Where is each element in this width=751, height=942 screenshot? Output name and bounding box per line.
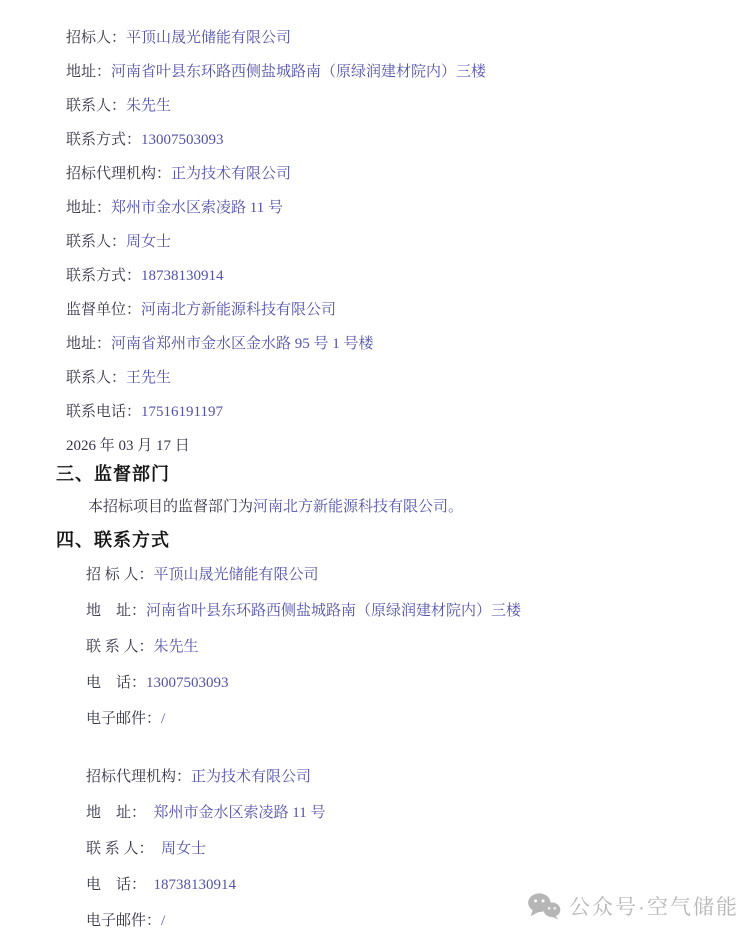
paragraph-prefix: 本招标项目的监督部门为 [88, 499, 253, 515]
info-line-supervisor-contact: 联系人：王先生 [66, 361, 751, 395]
field-value: 18738130914 [141, 268, 224, 284]
field-value: 朱先生 [126, 98, 171, 114]
info-line-tenderer: 招标人：平顶山晟光储能有限公司 [66, 21, 751, 55]
document-date: 2026 年 03 月 17 日 [66, 429, 751, 463]
field-value: 17516191197 [141, 404, 223, 420]
field-label: 电 话： [86, 877, 154, 893]
contact-block-tenderer: 招 标 人：平顶山晟光储能有限公司 地 址：河南省叶县东环路西侧盐城路南（原绿润… [86, 557, 751, 737]
field-label: 联系人： [66, 370, 126, 386]
field-label: 招标代理机构： [66, 166, 171, 182]
paragraph-value: 河南北方新能源科技有限公司。 [253, 499, 463, 515]
info-line-agency-contact: 联系人：周女士 [66, 225, 751, 259]
watermark: 公众号·空气储能 [527, 891, 739, 921]
field-value: 13007503093 [141, 132, 224, 148]
field-label: 联系方式： [66, 132, 141, 148]
field-label: 招 标 人： [86, 567, 154, 583]
field-label: 联系人： [66, 234, 126, 250]
field-value: 周女士 [126, 234, 171, 250]
field-label: 地 址： [86, 805, 154, 821]
field-value: 王先生 [126, 370, 171, 386]
field-label: 地址： [66, 200, 111, 216]
supervision-paragraph: 本招标项目的监督部门为河南北方新能源科技有限公司。 [88, 497, 751, 517]
field-value: 河南省叶县东环路西侧盐城路南（原绿润建材院内）三楼 [111, 64, 486, 80]
field-value: 周女士 [161, 841, 206, 857]
field-label: 电子邮件： [86, 711, 161, 727]
wechat-icon [527, 892, 561, 920]
field-label: 地址： [66, 336, 111, 352]
info-line-address: 地址：河南省叶县东环路西侧盐城路南（原绿润建材院内）三楼 [66, 55, 751, 89]
info-line-phone: 联系方式：13007503093 [66, 123, 751, 157]
field-value: 河南省叶县东环路西侧盐城路南（原绿润建材院内）三楼 [146, 603, 521, 619]
field-value: 平顶山晟光储能有限公司 [154, 567, 319, 583]
contact-row-agency: 招标代理机构：正为技术有限公司 [86, 759, 751, 795]
contact-row-email: 电子邮件：/ [86, 701, 751, 737]
contact-row-person: 联 系 人：朱先生 [86, 629, 751, 665]
field-value: 朱先生 [154, 639, 199, 655]
field-label: 联 系 人： [86, 639, 154, 655]
contact-info-list: 招标人：平顶山晟光储能有限公司 地址：河南省叶县东环路西侧盐城路南（原绿润建材院… [0, 21, 751, 463]
info-line-supervisor-phone: 联系电话：17516191197 [66, 395, 751, 429]
field-label: 监督单位： [66, 302, 141, 318]
field-label: 招标人： [66, 30, 126, 46]
field-label: 联系方式： [66, 268, 141, 284]
section-heading-contact: 四、联系方式 [56, 529, 751, 551]
contact-row-agency-person: 联 系 人： 周女士 [86, 831, 751, 867]
field-value: 郑州市金水区索凌路 11 号 [154, 805, 326, 821]
document-page: 招标人：平顶山晟光储能有限公司 地址：河南省叶县东环路西侧盐城路南（原绿润建材院… [0, 0, 751, 942]
field-label: 联系人： [66, 98, 126, 114]
field-value: 河南北方新能源科技有限公司 [141, 302, 336, 318]
field-label: 电 话： [86, 675, 146, 691]
contact-row-agency-address: 地 址： 郑州市金水区索凌路 11 号 [86, 795, 751, 831]
info-line-agency-phone: 联系方式：18738130914 [66, 259, 751, 293]
field-value: 正为技术有限公司 [171, 166, 291, 182]
field-value: / [161, 913, 165, 929]
contact-row-phone: 电 话：13007503093 [86, 665, 751, 701]
section-heading-supervision: 三、监督部门 [56, 463, 751, 485]
field-label: 联 系 人： [86, 841, 161, 857]
info-line-agency-address: 地址：郑州市金水区索凌路 11 号 [66, 191, 751, 225]
watermark-text: 公众号·空气储能 [569, 891, 739, 921]
field-label: 联系电话： [66, 404, 141, 420]
contact-row-address: 地 址：河南省叶县东环路西侧盐城路南（原绿润建材院内）三楼 [86, 593, 751, 629]
field-value: / [161, 711, 165, 727]
field-value: 平顶山晟光储能有限公司 [126, 30, 291, 46]
info-line-contact: 联系人：朱先生 [66, 89, 751, 123]
field-value: 河南省郑州市金水区金水路 95 号 1 号楼 [111, 336, 374, 352]
contact-row-tenderer: 招 标 人：平顶山晟光储能有限公司 [86, 557, 751, 593]
field-label: 招标代理机构： [86, 769, 191, 785]
field-value: 正为技术有限公司 [191, 769, 311, 785]
info-line-agency: 招标代理机构：正为技术有限公司 [66, 157, 751, 191]
field-label: 地 址： [86, 603, 146, 619]
field-value: 郑州市金水区索凌路 11 号 [111, 200, 283, 216]
info-line-supervisor-address: 地址：河南省郑州市金水区金水路 95 号 1 号楼 [66, 327, 751, 361]
field-value: 18738130914 [154, 877, 237, 893]
field-value: 13007503093 [146, 675, 229, 691]
field-label: 电子邮件： [86, 913, 161, 929]
info-line-supervisor: 监督单位：河南北方新能源科技有限公司 [66, 293, 751, 327]
field-label: 地址： [66, 64, 111, 80]
